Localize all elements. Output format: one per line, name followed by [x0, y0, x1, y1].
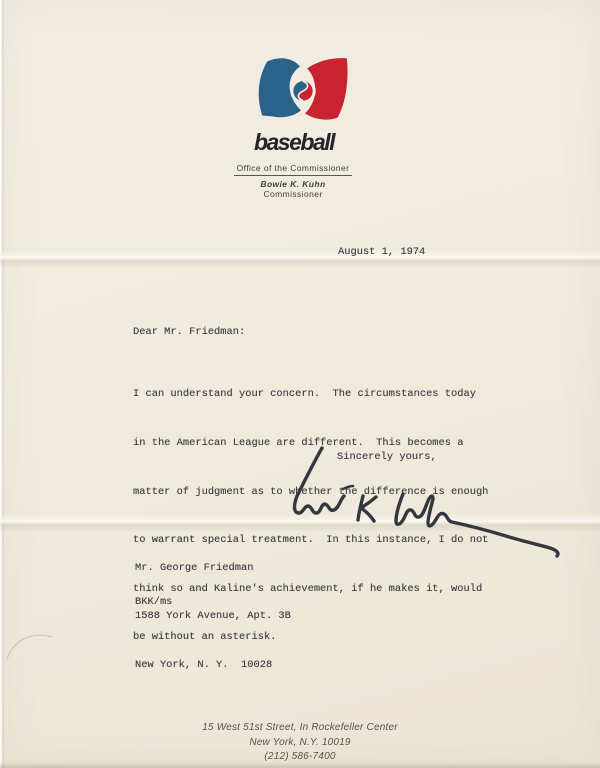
body-line: I can understand your concern. The circu…: [133, 386, 488, 402]
baseball-wordmark: baseball: [243, 129, 345, 156]
faint-crease-mark: [5, 628, 57, 662]
recipient-name: Mr. George Friedman: [135, 560, 291, 576]
baseball-logo-icon: [250, 53, 356, 131]
footer-street: 15 West 51st Street, In Rockefeller Cent…: [0, 721, 600, 736]
footer-city: New York, N.Y. 10019: [0, 736, 600, 751]
typist-reference: BKK/ms: [135, 596, 172, 608]
recipient-city: New York, N. Y. 10028: [135, 657, 291, 673]
scanned-letter: baseball Office of the Commissioner Bowi…: [0, 0, 600, 768]
commissioner-name: Bowie K. Kuhn: [143, 179, 443, 189]
office-of-commissioner-line: Office of the Commissioner: [143, 163, 443, 176]
letterhead-footer: 15 West 51st Street, In Rockefeller Cent…: [0, 721, 600, 765]
salutation: Dear Mr. Friedman:: [133, 326, 245, 338]
footer-phone: (212) 586-7400: [0, 750, 600, 765]
recipient-address: Mr. George Friedman 1588 York Avenue, Ap…: [135, 528, 291, 705]
scan-left-edge: [0, 0, 4, 768]
letter-date: August 1, 1974: [338, 246, 425, 258]
commissioner-title: Commissioner: [143, 189, 443, 199]
fold-crease-top: [0, 250, 600, 268]
signature-handwriting: [270, 444, 580, 564]
recipient-street: 1588 York Avenue, Apt. 3B: [135, 608, 291, 624]
